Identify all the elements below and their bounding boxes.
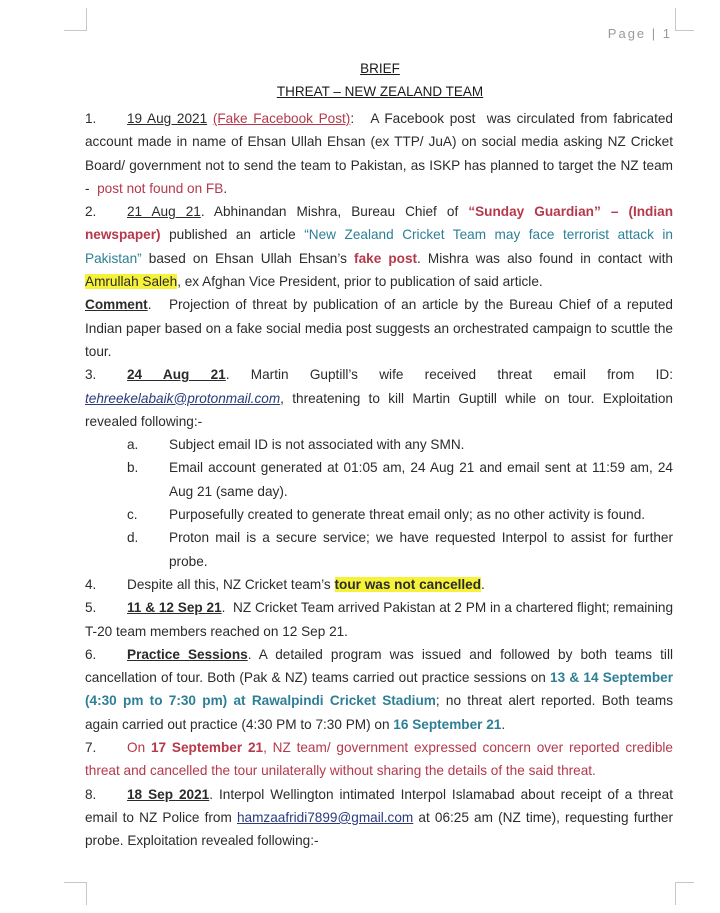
page-number: Page | 1 [608, 26, 672, 41]
document-body: 1.19 Aug 2021 (Fake Facebook Post): A Fa… [85, 107, 673, 853]
crop-mark-bottom-right [675, 882, 694, 905]
comment-label: Comment [85, 297, 148, 312]
sub-item-d: d.Proton mail is a secure service; we ha… [127, 526, 673, 573]
email-link[interactable]: tehreekelabaik@protonmail.com [85, 391, 280, 406]
paragraph-7: 7.On 17 September 21, NZ team/ governmen… [85, 736, 673, 783]
sub-item-c: c.Purposefully created to generate threa… [127, 503, 673, 526]
date: 18 Sep 2021 [127, 787, 209, 802]
comment-paragraph: Comment. Projection of threat by publica… [85, 293, 673, 363]
paragraph-8: 8.18 Sep 2021. Interpol Wellington intim… [85, 783, 673, 853]
fake-post: fake post [354, 251, 417, 266]
crop-mark-top-right [675, 8, 694, 31]
paragraph-6: 6.Practice Sessions. A detailed program … [85, 643, 673, 736]
date: 19 Aug 2021 [127, 111, 207, 126]
sub-item-b: b.Email account generated at 01:05 am, 2… [127, 456, 673, 503]
highlighted-status: tour was not cancelled [335, 577, 482, 592]
document-subject: THREAT – NEW ZEALAND TEAM [0, 84, 720, 99]
crop-mark-top-left [64, 8, 87, 31]
date: 21 Aug 21 [127, 204, 201, 219]
date: 17 September 21 [151, 740, 263, 755]
crop-mark-bottom-left [64, 882, 87, 905]
section-label: Practice Sessions [127, 647, 248, 662]
sub-item-a: a.Subject email ID is not associated wit… [127, 433, 673, 456]
paragraph-4: 4.Despite all this, NZ Cricket team’s to… [85, 573, 673, 596]
email-link[interactable]: hamzaafridi7899@gmail.com [237, 810, 413, 825]
document-title: BRIEF [0, 61, 720, 76]
date: 24 Aug 21 [127, 367, 226, 382]
paragraph-1: 1.19 Aug 2021 (Fake Facebook Post): A Fa… [85, 107, 673, 200]
second-date: 16 September 21 [393, 717, 501, 732]
date: 11 & 12 Sep 21 [127, 600, 222, 615]
paragraph-3: 3.24 Aug 21. Martin Guptill’s wife recei… [85, 363, 673, 433]
paragraph-5: 5.11 & 12 Sep 21. NZ Cricket Team arrive… [85, 596, 673, 643]
paragraph-2: 2.21 Aug 21. Abhinandan Mishra, Bureau C… [85, 200, 673, 293]
red-note: post not found on FB [97, 181, 223, 196]
tag: (Fake Facebook Post) [213, 111, 351, 126]
highlighted-person: Amrullah Saleh [85, 274, 177, 289]
